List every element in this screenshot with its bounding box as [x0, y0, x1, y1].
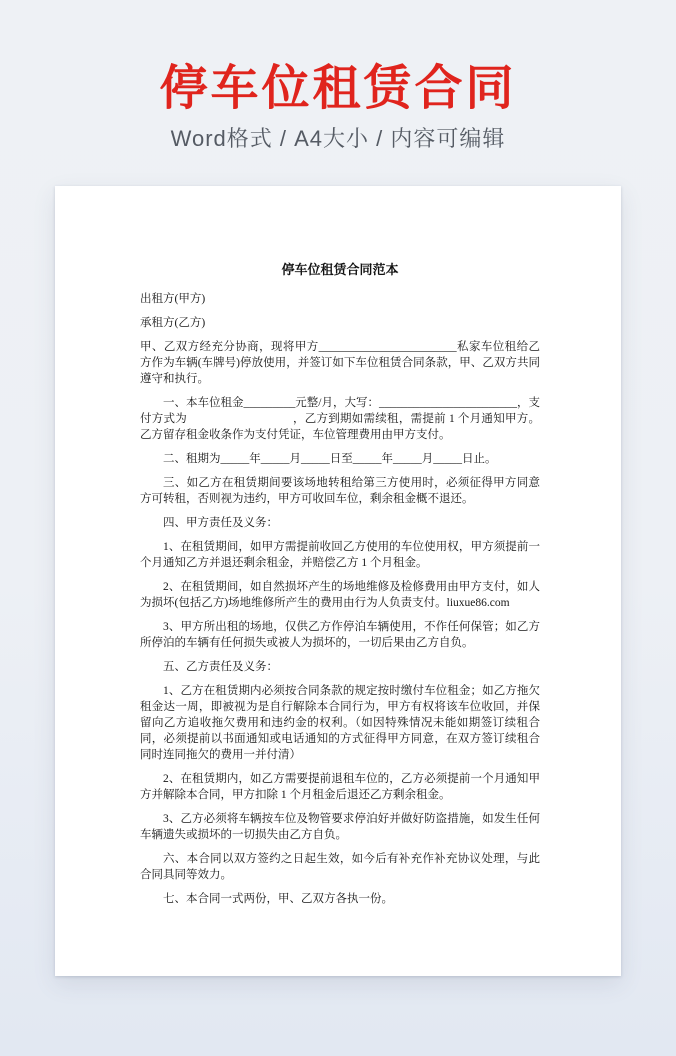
paragraph: 2、在租赁期内，如乙方需要提前退租车位的，乙方必须提前一个月通知甲方并解除本合同… — [140, 771, 540, 803]
paragraph: 六、本合同以双方签约之日起生效，如今后有补充作补充协议处理，与此合同具同等效力。 — [140, 851, 540, 883]
template-title: 停车位租赁合同 — [0, 62, 676, 116]
document-body: 出租方(甲方)承租方(乙方)甲、乙双方经充分协商，现将甲方___________… — [140, 291, 540, 907]
preview-header: 停车位租赁合同 Word格式 / A4大小 / 内容可编辑 — [0, 0, 676, 152]
paragraph: 出租方(甲方) — [140, 291, 540, 307]
paragraph: 承租方(乙方) — [140, 315, 540, 331]
document-title: 停车位租赁合同范本 — [140, 262, 540, 278]
paragraph: 二、租期为_____年_____月_____日至_____年_____月____… — [140, 451, 540, 467]
paragraph: 甲、乙双方经充分协商，现将甲方________________________私… — [140, 339, 540, 387]
paragraph: 2、在租赁期间，如自然损坏产生的场地维修及检修费用由甲方支付，如人为损坏(包括乙… — [140, 579, 540, 611]
paragraph: 3、乙方必须将车辆按车位及物管要求停泊好并做好防盗措施，如发生任何车辆遗失或损坏… — [140, 811, 540, 843]
document-page: 停车位租赁合同范本 出租方(甲方)承租方(乙方)甲、乙双方经充分协商，现将甲方_… — [55, 186, 621, 976]
paragraph: 3、甲方所出租的场地，仅供乙方作停泊车辆使用，不作任何保管；如乙方所停泊的车辆有… — [140, 619, 540, 651]
paragraph: 1、乙方在租赁期内必须按合同条款的规定按时缴付车位租金；如乙方拖欠租金达一周，即… — [140, 683, 540, 763]
paragraph: 七、本合同一式两份，甲、乙双方各执一份。 — [140, 891, 540, 907]
paragraph: 三、如乙方在租赁期间要该场地转租给第三方使用时，必须征得甲方同意方可转租，否则视… — [140, 475, 540, 507]
template-subtitle: Word格式 / A4大小 / 内容可编辑 — [0, 126, 676, 152]
paragraph: 五、乙方责任及义务： — [140, 659, 540, 675]
document-content: 停车位租赁合同范本 出租方(甲方)承租方(乙方)甲、乙双方经充分协商，现将甲方_… — [55, 186, 621, 907]
paragraph: 1、在租赁期间，如甲方需提前收回乙方使用的车位使用权，甲方须提前一个月通知乙方并… — [140, 539, 540, 571]
paragraph: 四、甲方责任及义务： — [140, 515, 540, 531]
paragraph: 一、本车位租金_________元整/月，大写：________________… — [140, 395, 540, 443]
